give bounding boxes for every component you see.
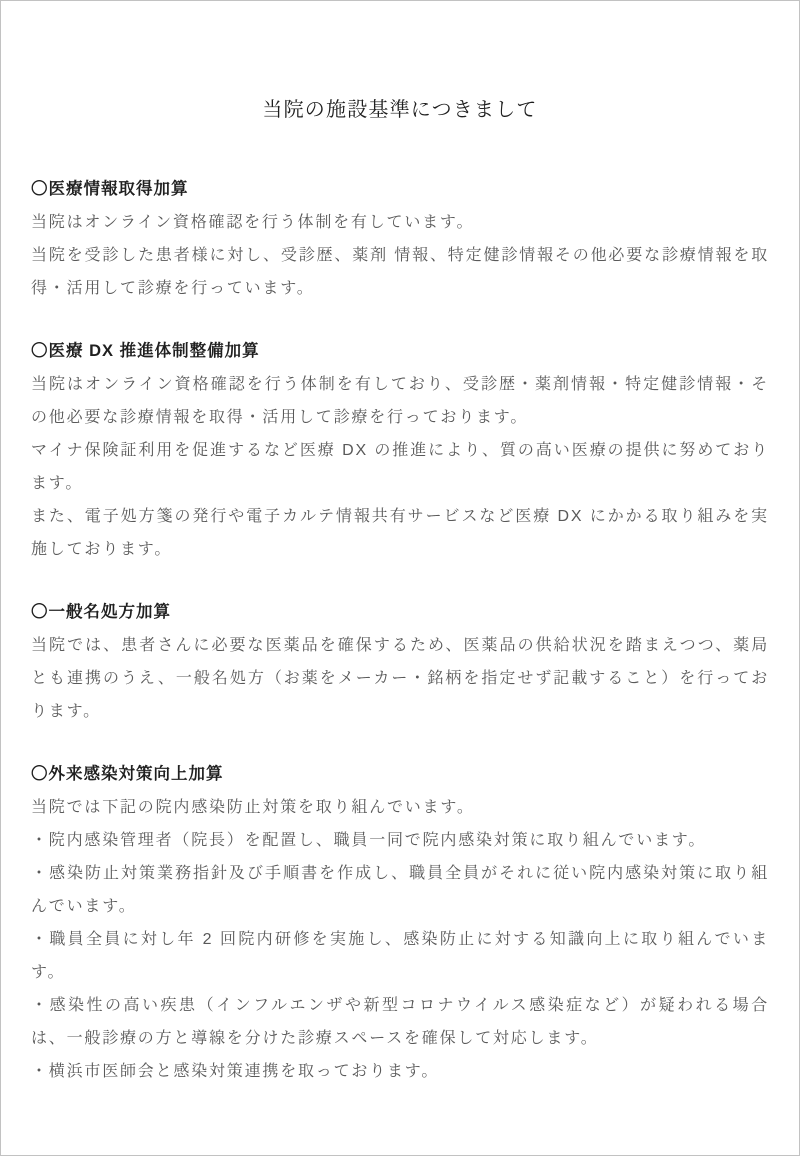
section-heading: 〇一般名処方加算 — [31, 596, 769, 629]
section-heading: 〇医療 DX 推進体制整備加算 — [31, 335, 769, 368]
facility-standard-section: 〇外来感染対策向上加算当院では下記の院内感染防止対策を取り組んでいます。・院内感… — [31, 758, 769, 1088]
section-paragraph: ・横浜市医師会と感染対策連携を取っております。 — [31, 1055, 769, 1088]
section-paragraph: また、電子処方箋の発行や電子カルテ情報共有サービスなど医療 DX にかかる取り組… — [31, 500, 769, 566]
section-heading: 〇医療情報取得加算 — [31, 173, 769, 206]
section-paragraph: 当院はオンライン資格確認を行う体制を有しており、受診歴・薬剤情報・特定健診情報・… — [31, 368, 769, 434]
document-page: 当院の施設基準につきまして 〇医療情報取得加算当院はオンライン資格確認を行う体制… — [0, 0, 800, 1156]
section-paragraph: 当院はオンライン資格確認を行う体制を有しています。 — [31, 206, 769, 239]
sections-list: 〇医療情報取得加算当院はオンライン資格確認を行う体制を有しています。当院を受診し… — [31, 173, 769, 1088]
section-paragraph: 当院では、患者さんに必要な医薬品を確保するため、医薬品の供給状況を踏まえつつ、薬… — [31, 629, 769, 728]
page-title: 当院の施設基準につきまして — [31, 97, 769, 123]
section-paragraph: ・院内感染管理者（院長）を配置し、職員一同で院内感染対策に取り組んでいます。 — [31, 824, 769, 857]
section-paragraph: ・感染性の高い疾患（インフルエンザや新型コロナウイルス感染症など）が疑われる場合… — [31, 989, 769, 1055]
section-paragraph: ・感染防止対策業務指針及び手順書を作成し、職員全員がそれに従い院内感染対策に取り… — [31, 857, 769, 923]
section-paragraph: 当院を受診した患者様に対し、受診歴、薬剤 情報、特定健診情報その他必要な診療情報… — [31, 239, 769, 305]
section-paragraph: 当院では下記の院内感染防止対策を取り組んでいます。 — [31, 791, 769, 824]
section-paragraph: ・職員全員に対し年 2 回院内研修を実施し、感染防止に対する知識向上に取り組んで… — [31, 923, 769, 989]
facility-standard-section: 〇一般名処方加算当院では、患者さんに必要な医薬品を確保するため、医薬品の供給状況… — [31, 596, 769, 728]
facility-standard-section: 〇医療情報取得加算当院はオンライン資格確認を行う体制を有しています。当院を受診し… — [31, 173, 769, 305]
section-paragraph: マイナ保険証利用を促進するなど医療 DX の推進により、質の高い医療の提供に努め… — [31, 434, 769, 500]
section-heading: 〇外来感染対策向上加算 — [31, 758, 769, 791]
document-content: 当院の施設基準につきまして 〇医療情報取得加算当院はオンライン資格確認を行う体制… — [1, 97, 799, 1088]
facility-standard-section: 〇医療 DX 推進体制整備加算当院はオンライン資格確認を行う体制を有しており、受… — [31, 335, 769, 566]
